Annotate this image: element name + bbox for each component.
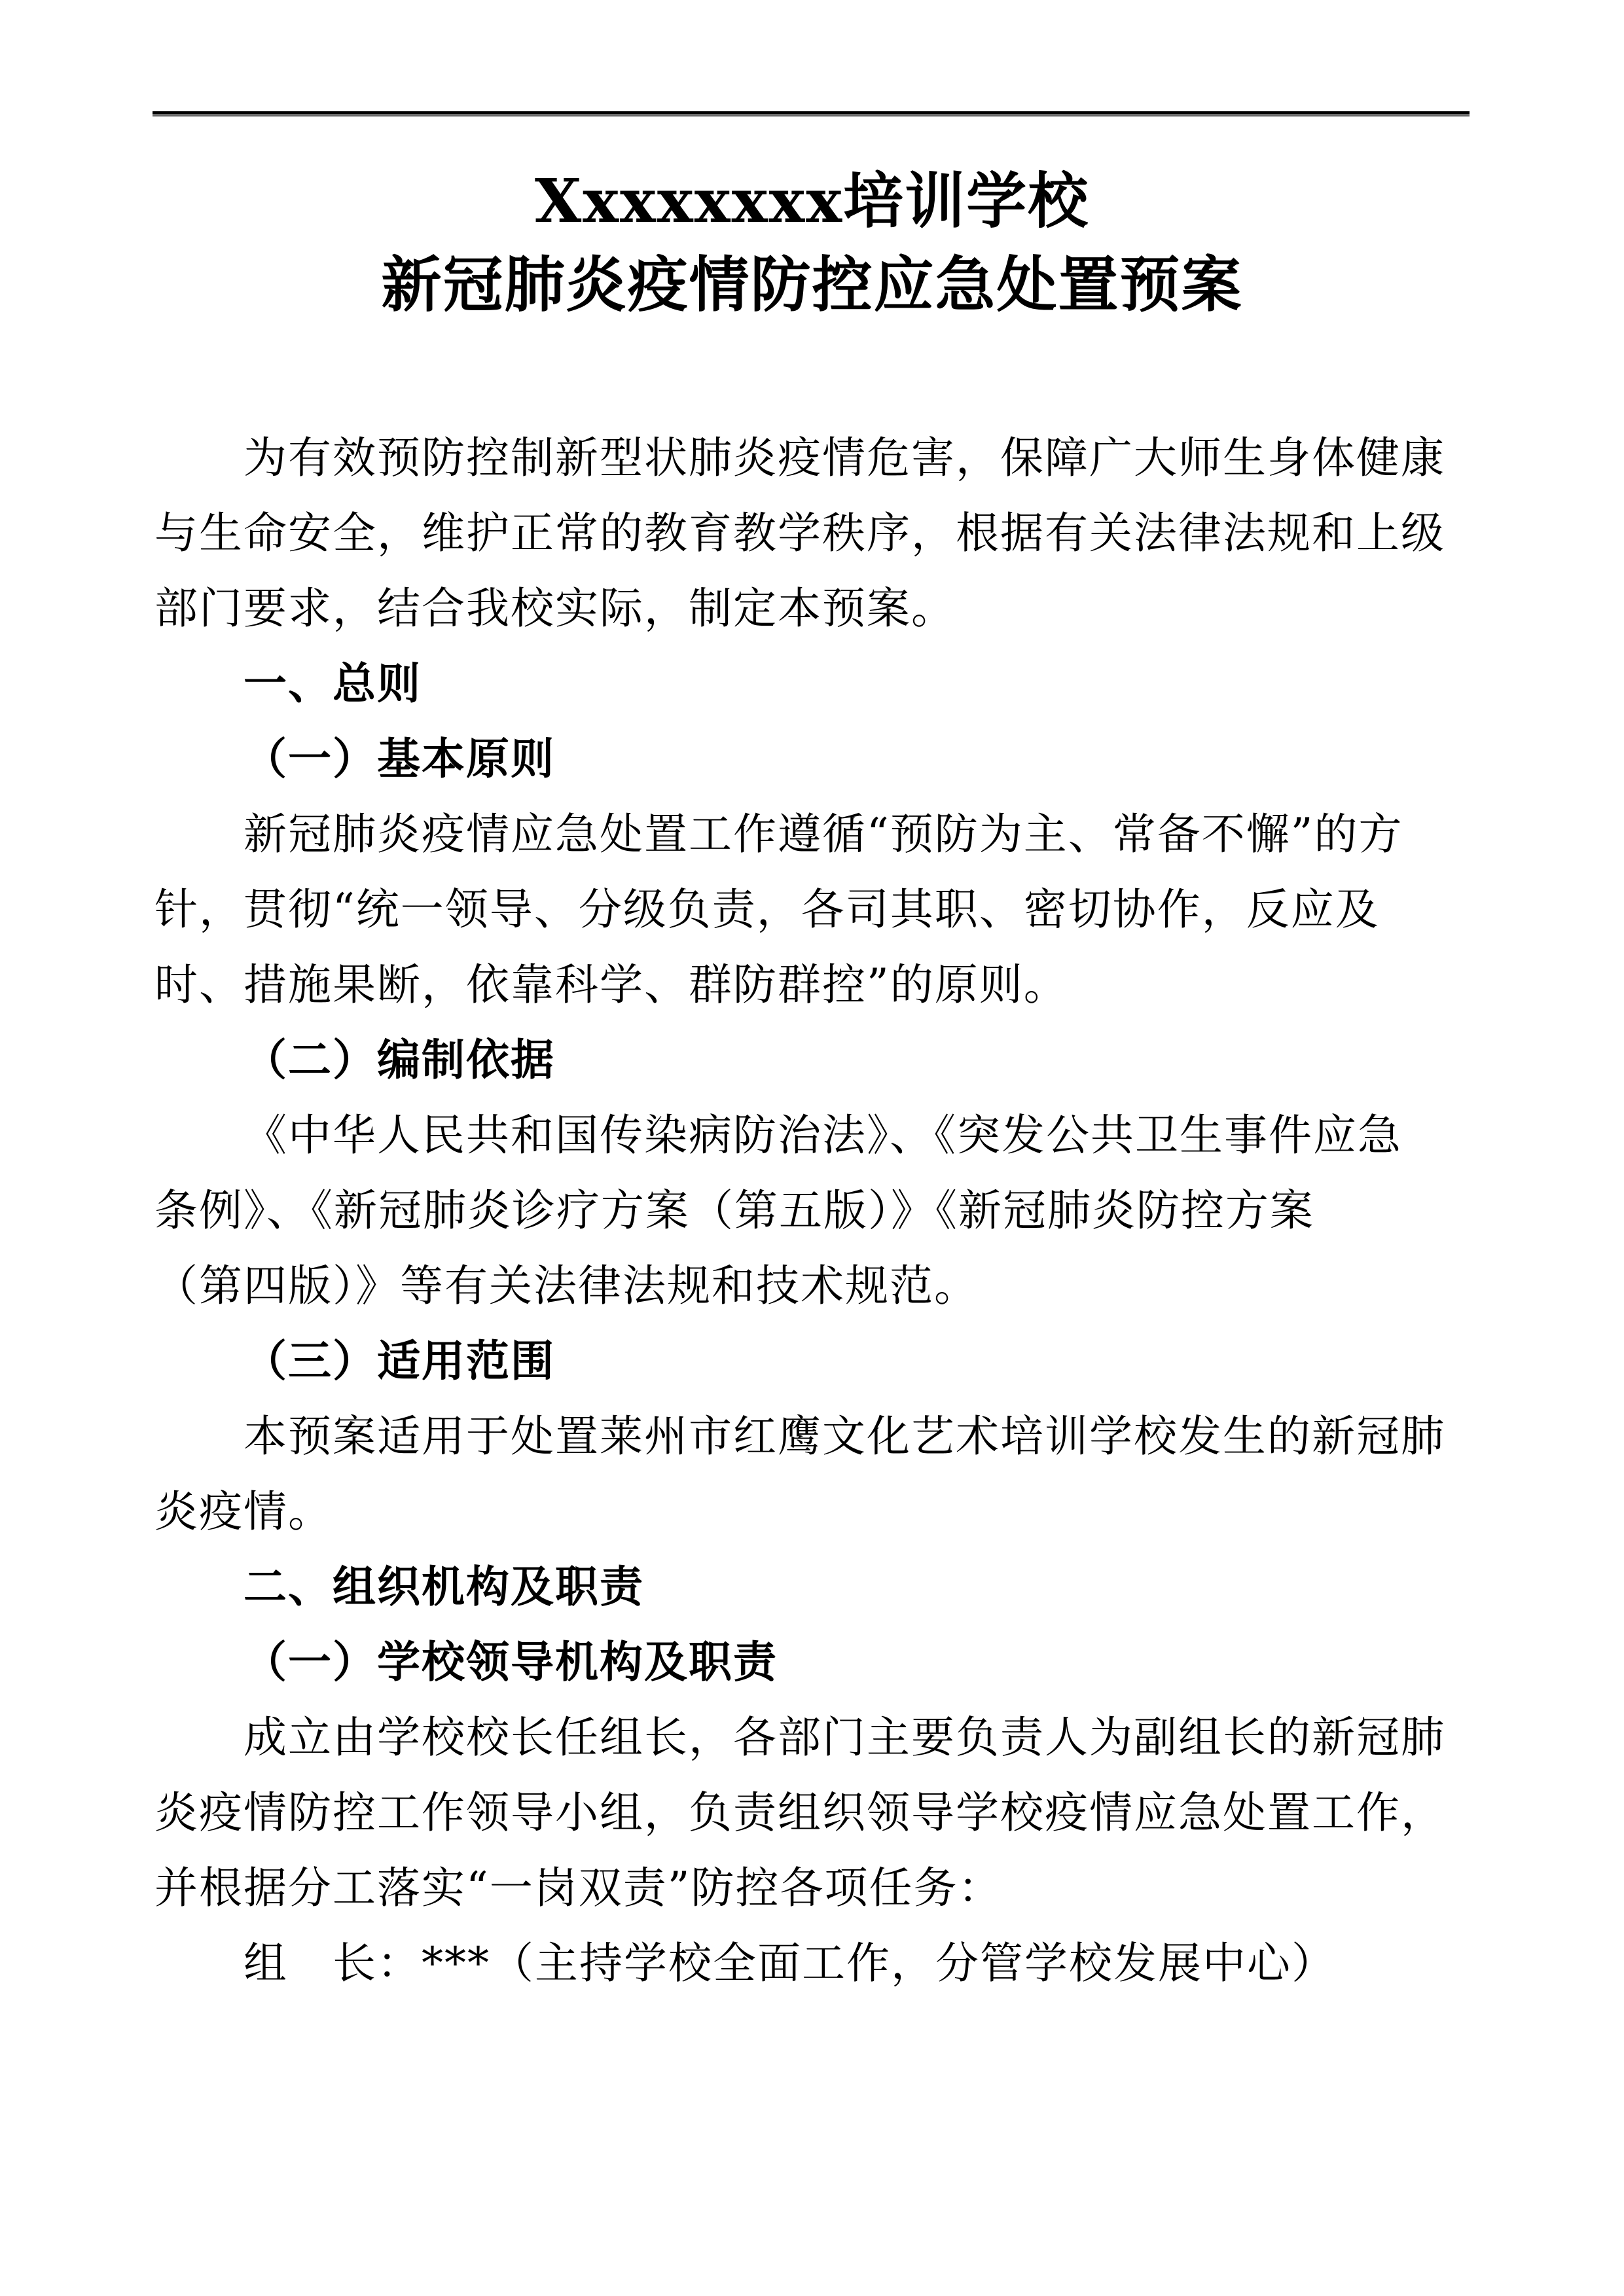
text-line: 《中华人民共和国传染病防治法》、《突发公共卫生事件应急 (154, 1098, 1470, 1173)
heading-minor-line: （一）学校领导机构及职责 (154, 1624, 1470, 1700)
text-line: 条例》、《新冠肺炎诊疗方案（第五版）》《新冠肺炎防控方案 (154, 1173, 1470, 1248)
text-line: 成立由学校校长任组长，各部门主要负责人为副组长的新冠肺 (154, 1700, 1470, 1775)
text-line: 并根据分工落实“一岗双责”防控各项任务： (154, 1850, 1470, 1926)
heading-minor-line: （三）适用范围 (154, 1323, 1470, 1399)
heading-minor-line: （二）编制依据 (154, 1022, 1470, 1098)
document-title-line1: Xxxxxxxx培训学校 (154, 159, 1470, 243)
heading-major-line: 一、总则 (154, 646, 1470, 721)
text-line: 炎疫情防控工作领导小组，负责组织领导学校疫情应急处置工作， (154, 1775, 1470, 1850)
header-rule (153, 111, 1470, 115)
document-title-line2: 新冠肺炎疫情防控应急处置预案 (154, 243, 1470, 327)
document-page: Xxxxxxxx培训学校 新冠肺炎疫情防控应急处置预案 为有效预防控制新型状肺炎… (0, 0, 1624, 2296)
text-line: （第四版）》等有关法律法规和技术规范。 (154, 1248, 1470, 1323)
document-body: 为有效预防控制新型状肺炎疫情危害，保障广大师生身体健康与生命安全，维护正常的教育… (154, 420, 1470, 2001)
text-line: 为有效预防控制新型状肺炎疫情危害，保障广大师生身体健康 (154, 420, 1470, 495)
text-line: 组 长：***（主持学校全面工作，分管学校发展中心） (154, 1926, 1470, 2001)
heading-major-line: 二、组织机构及职责 (154, 1549, 1470, 1624)
heading-minor-line: （一）基本原则 (154, 721, 1470, 797)
text-line: 本预案适用于处置莱州市红鹰文化艺术培训学校发生的新冠肺 (154, 1399, 1470, 1474)
text-line: 与生命安全，维护正常的教育教学秩序，根据有关法律法规和上级 (154, 495, 1470, 571)
text-line: 炎疫情。 (154, 1474, 1470, 1549)
text-line: 部门要求，结合我校实际，制定本预案。 (154, 571, 1470, 646)
document-title: Xxxxxxxx培训学校 新冠肺炎疫情防控应急处置预案 (154, 159, 1470, 327)
text-line: 新冠肺炎疫情应急处置工作遵循“预防为主、常备不懈”的方 (154, 797, 1470, 872)
text-line: 时、措施果断，依靠科学、群防群控”的原则。 (154, 947, 1470, 1022)
text-line: 针，贯彻“统一领导、分级负责，各司其职、密切协作，反应及 (154, 872, 1470, 947)
